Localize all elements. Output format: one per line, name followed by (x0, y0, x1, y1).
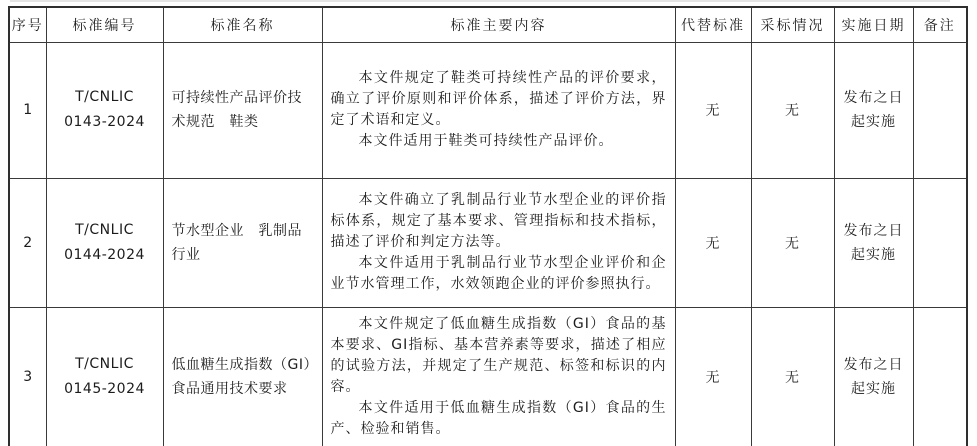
content-paragraph-applicability: 本文件适用于低血糖生成指数（GI）食品的生产、检验和销售。 (331, 398, 667, 440)
adoption-status-cell: 无 (751, 307, 834, 446)
standard-code-line1: T/CNLIC (49, 352, 161, 377)
standard-name-cell: 节水型企业 乳制品行业 (163, 178, 322, 307)
implementation-date-cell: 发布之日起实施 (834, 42, 913, 178)
implementation-date-cell: 发布之日起实施 (834, 178, 913, 307)
content-paragraph-scope: 本文件规定了鞋类可持续性产品的评价要求，确立了评价原则和评价体系，描述了评价方法… (331, 68, 667, 131)
standards-table: 序号 标准编号 标准名称 标准主要内容 代替标准 采标情况 实施日期 备注 1 … (8, 6, 968, 446)
seq-cell: 3 (9, 307, 46, 446)
header-remarks: 备注 (913, 7, 967, 42)
header-replaced-standard: 代替标准 (675, 7, 751, 42)
standard-name-cell: 低血糖生成指数（GI）食品通用技术要求 (163, 307, 322, 446)
standard-code-cell: T/CNLIC 0144-2024 (46, 178, 163, 307)
main-content-cell: 本文件规定了鞋类可持续性产品的评价要求，确立了评价原则和评价体系，描述了评价方法… (322, 42, 675, 178)
table-row: 1 T/CNLIC 0143-2024 可持续性产品评价技术规范 鞋类 本文件规… (9, 42, 967, 178)
standard-code-line2: 0144-2024 (49, 243, 161, 268)
content-paragraph-applicability: 本文件适用于乳制品行业节水型企业评价和企业节水管理工作，水效领跑企业的评价参照执… (331, 253, 667, 295)
standard-code-line2: 0145-2024 (49, 377, 161, 402)
scan-edge-artifact (10, 0, 950, 2)
standard-code-cell: T/CNLIC 0145-2024 (46, 307, 163, 446)
adoption-status-cell: 无 (751, 178, 834, 307)
content-paragraph-scope: 本文件确立了乳制品行业节水型企业的评价指标体系，规定了基本要求、管理指标和技术指… (331, 190, 667, 253)
standard-code-line1: T/CNLIC (49, 85, 161, 110)
remarks-cell (913, 42, 967, 178)
remarks-cell (913, 178, 967, 307)
remarks-cell (913, 307, 967, 446)
replaced-standard-cell: 无 (675, 42, 751, 178)
main-content-cell: 本文件规定了低血糖生成指数（GI）食品的基本要求、GI指标、基本营养素等要求，描… (322, 307, 675, 446)
header-standard-code: 标准编号 (46, 7, 163, 42)
seq-cell: 2 (9, 178, 46, 307)
standard-code-line1: T/CNLIC (49, 218, 161, 243)
standard-code-cell: T/CNLIC 0143-2024 (46, 42, 163, 178)
main-content-cell: 本文件确立了乳制品行业节水型企业的评价指标体系，规定了基本要求、管理指标和技术指… (322, 178, 675, 307)
header-adoption-status: 采标情况 (751, 7, 834, 42)
header-standard-name: 标准名称 (163, 7, 322, 42)
replaced-standard-cell: 无 (675, 307, 751, 446)
adoption-status-cell: 无 (751, 42, 834, 178)
table-header-row: 序号 标准编号 标准名称 标准主要内容 代替标准 采标情况 实施日期 备注 (9, 7, 967, 42)
standard-name-cell: 可持续性产品评价技术规范 鞋类 (163, 42, 322, 178)
header-seq: 序号 (9, 7, 46, 42)
header-implementation-date: 实施日期 (834, 7, 913, 42)
table-row: 3 T/CNLIC 0145-2024 低血糖生成指数（GI）食品通用技术要求 … (9, 307, 967, 446)
seq-cell: 1 (9, 42, 46, 178)
table-row: 2 T/CNLIC 0144-2024 节水型企业 乳制品行业 本文件确立了乳制… (9, 178, 967, 307)
implementation-date-cell: 发布之日起实施 (834, 307, 913, 446)
content-paragraph-scope: 本文件规定了低血糖生成指数（GI）食品的基本要求、GI指标、基本营养素等要求，描… (331, 314, 667, 398)
scanned-document-page: 序号 标准编号 标准名称 标准主要内容 代替标准 采标情况 实施日期 备注 1 … (0, 0, 977, 446)
replaced-standard-cell: 无 (675, 178, 751, 307)
header-main-content: 标准主要内容 (322, 7, 675, 42)
standard-code-line2: 0143-2024 (49, 110, 161, 135)
content-paragraph-applicability: 本文件适用于鞋类可持续性产品评价。 (331, 131, 667, 152)
